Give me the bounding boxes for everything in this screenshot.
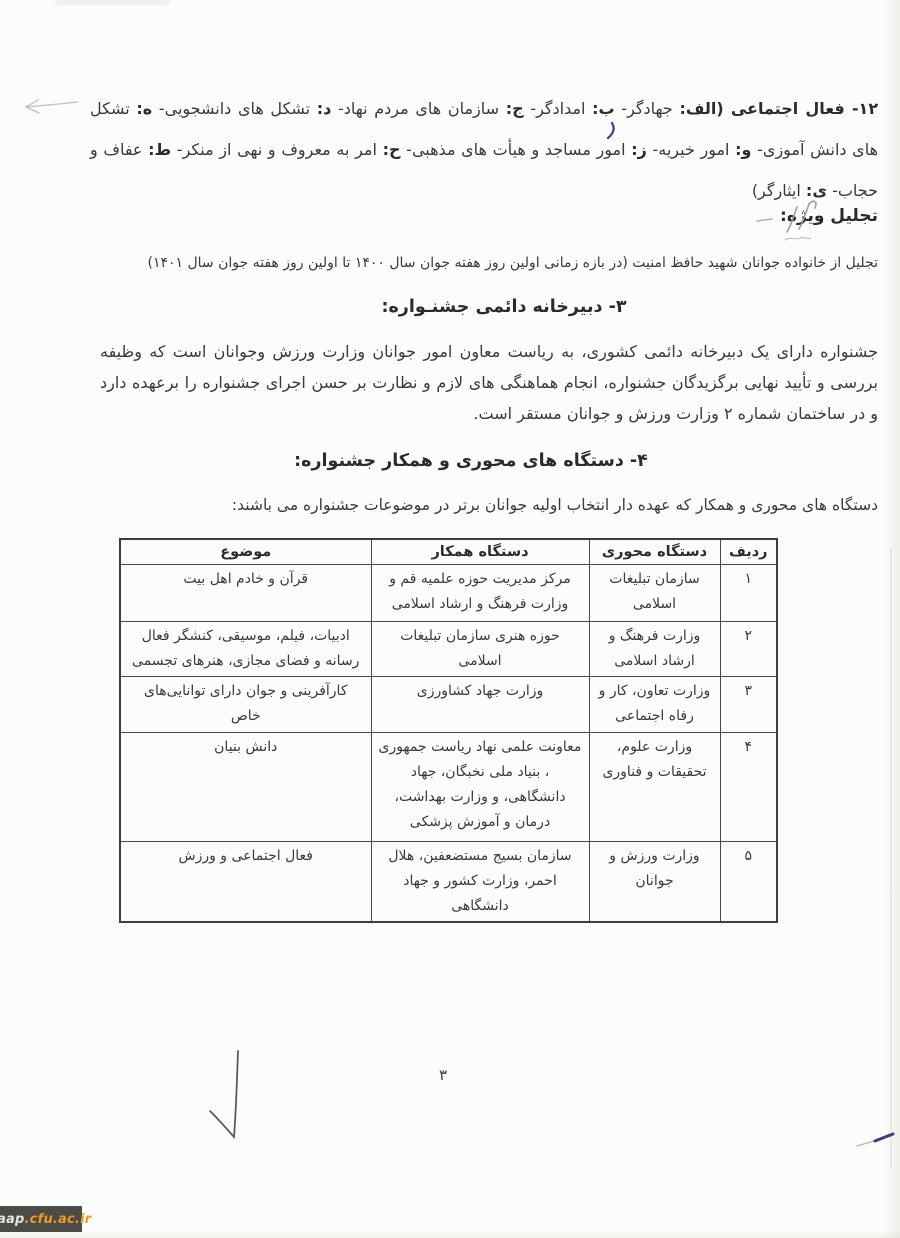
text-segment: امور مساجد و هیأت های مذهبی- — [401, 140, 632, 159]
site-watermark: taap.cfu.ac.ir — [0, 1206, 82, 1232]
central-agency-cell: وزارت تعاون، کار و رفاه اجتماعی — [589, 677, 720, 733]
table-header-radif: ردیف — [720, 539, 777, 565]
text-segment: امور خیریه- — [647, 140, 735, 159]
text-segment: ز: — [631, 140, 647, 159]
table-row: ۳ وزارت تعاون، کار و رفاه اجتماعی وزارت … — [120, 677, 777, 733]
section-4-heading: ۴- دستگاه های محوری و همکار جشنواره: — [21, 451, 900, 471]
table-header-mehvari: دستگاه محوری — [589, 539, 720, 565]
row-number-cell: ۵ — [720, 842, 777, 923]
table-row: ۲ وزارت فرهنگ و ارشاد اسلامی حوزه هنری س… — [120, 622, 777, 677]
text-segment: ح: — [383, 140, 401, 159]
text-segment: سازمان های مردم نهاد- — [331, 99, 505, 118]
table-row: ۵ وزارت ورزش و جوانان سازمان بسیج مستضعف… — [120, 842, 777, 923]
partner-agency-cell: معاونت علمی نهاد ریاست جمهوری ، بنیاد مل… — [371, 733, 589, 842]
partner-agency-cell: سازمان بسیج مستضعفین، هلال احمر، وزارت ک… — [371, 842, 589, 923]
partner-agency-cell: وزارت جهاد کشاورزی — [371, 677, 589, 733]
table-header-hamkar: دستگاه همکار — [371, 539, 589, 565]
scanned-document-page: ۱۲- فعال اجتماعی (الف: جهادگر- ب: امدادگ… — [0, 0, 900, 1238]
table-row: ۱ سازمان تبلیغات اسلامی مرکز مدیریت حوزه… — [120, 565, 777, 622]
row-number-cell: ۲ — [720, 622, 777, 677]
central-agency-cell: وزارت علوم، تحقیقات و فناوری — [589, 733, 720, 842]
text-segment: ه: — [136, 99, 152, 118]
text-segment: ۱۲- فعال اجتماعی (الف: — [679, 99, 878, 118]
central-agency-cell: وزارت ورزش و جوانان — [589, 842, 720, 923]
handwritten-arrow-annotation — [26, 100, 78, 113]
special-tribute-body: تجلیل از خانواده جوانان شهید حافظ امنیت … — [120, 251, 878, 275]
section-4-body: دستگاه های محوری و همکار که عهده دار انت… — [100, 492, 878, 518]
table-row: ۴ وزارت علوم، تحقیقات و فناوری معاونت عل… — [120, 733, 777, 842]
agencies-table: ردیف دستگاه محوری دستگاه همکار موضوع ۱ س… — [119, 538, 778, 923]
watermark-prefix: taap — [0, 1212, 25, 1227]
row-number-cell: ۱ — [720, 565, 777, 622]
central-agency-cell: وزارت فرهنگ و ارشاد اسلامی — [589, 622, 720, 677]
handwritten-checkmark-annotation — [210, 1051, 238, 1137]
item-12-paragraph: ۱۲- فعال اجتماعی (الف: جهادگر- ب: امدادگ… — [90, 88, 878, 211]
text-segment: تشکل های دانشجویی- — [152, 99, 317, 118]
text-segment: و: — [735, 140, 751, 159]
text-segment: ط: — [148, 140, 171, 159]
corner-pen-mark-annotation — [857, 1134, 893, 1146]
table-header-row: ردیف دستگاه محوری دستگاه همکار موضوع — [120, 539, 777, 565]
subject-cell: دانش بنیان — [120, 733, 371, 842]
subject-cell: ادبیات، فیلم، موسیقی، کنشگر فعال رسانه و… — [120, 622, 371, 677]
text-segment: ی: — [806, 181, 827, 200]
table-header-mozoo: موضوع — [120, 539, 371, 565]
section-3-body: جشنواره دارای یک دبیرخانه دائمی کشوری، ب… — [100, 336, 878, 429]
special-tribute-heading: تجلیل ویژه: — [780, 206, 878, 226]
text-segment: جهادگر- — [615, 99, 680, 118]
watermark-suffix: .cfu.ac.ir — [25, 1212, 92, 1227]
text-segment: ج: — [506, 99, 524, 118]
subject-cell: فعال اجتماعی و ورزش — [120, 842, 371, 923]
text-segment: ب: — [592, 99, 614, 118]
row-number-cell: ۳ — [720, 677, 777, 733]
subject-cell: قرآن و خادم اهل بیت — [120, 565, 371, 622]
row-number-cell: ۴ — [720, 733, 777, 842]
section-3-heading: ۳- دبیرخانه دائمی جشنـواره: — [54, 297, 900, 317]
text-segment: د: — [317, 99, 332, 118]
text-segment: امدادگر- — [524, 99, 593, 118]
page-number: ۳ — [0, 1066, 893, 1084]
text-segment: امر به معروف و نهی از منکر- — [171, 140, 382, 159]
partner-agency-cell: حوزه هنری سازمان تبلیغات اسلامی — [371, 622, 589, 677]
subject-cell: کارآفرینی و جوان دارای توانایی‌های خاص — [120, 677, 371, 733]
scan-smudge — [55, 0, 170, 5]
central-agency-cell: سازمان تبلیغات اسلامی — [589, 565, 720, 622]
partner-agency-cell: مرکز مدیریت حوزه علمیه قم و وزارت فرهنگ … — [371, 565, 589, 622]
text-segment: ایثارگر) — [752, 181, 806, 200]
